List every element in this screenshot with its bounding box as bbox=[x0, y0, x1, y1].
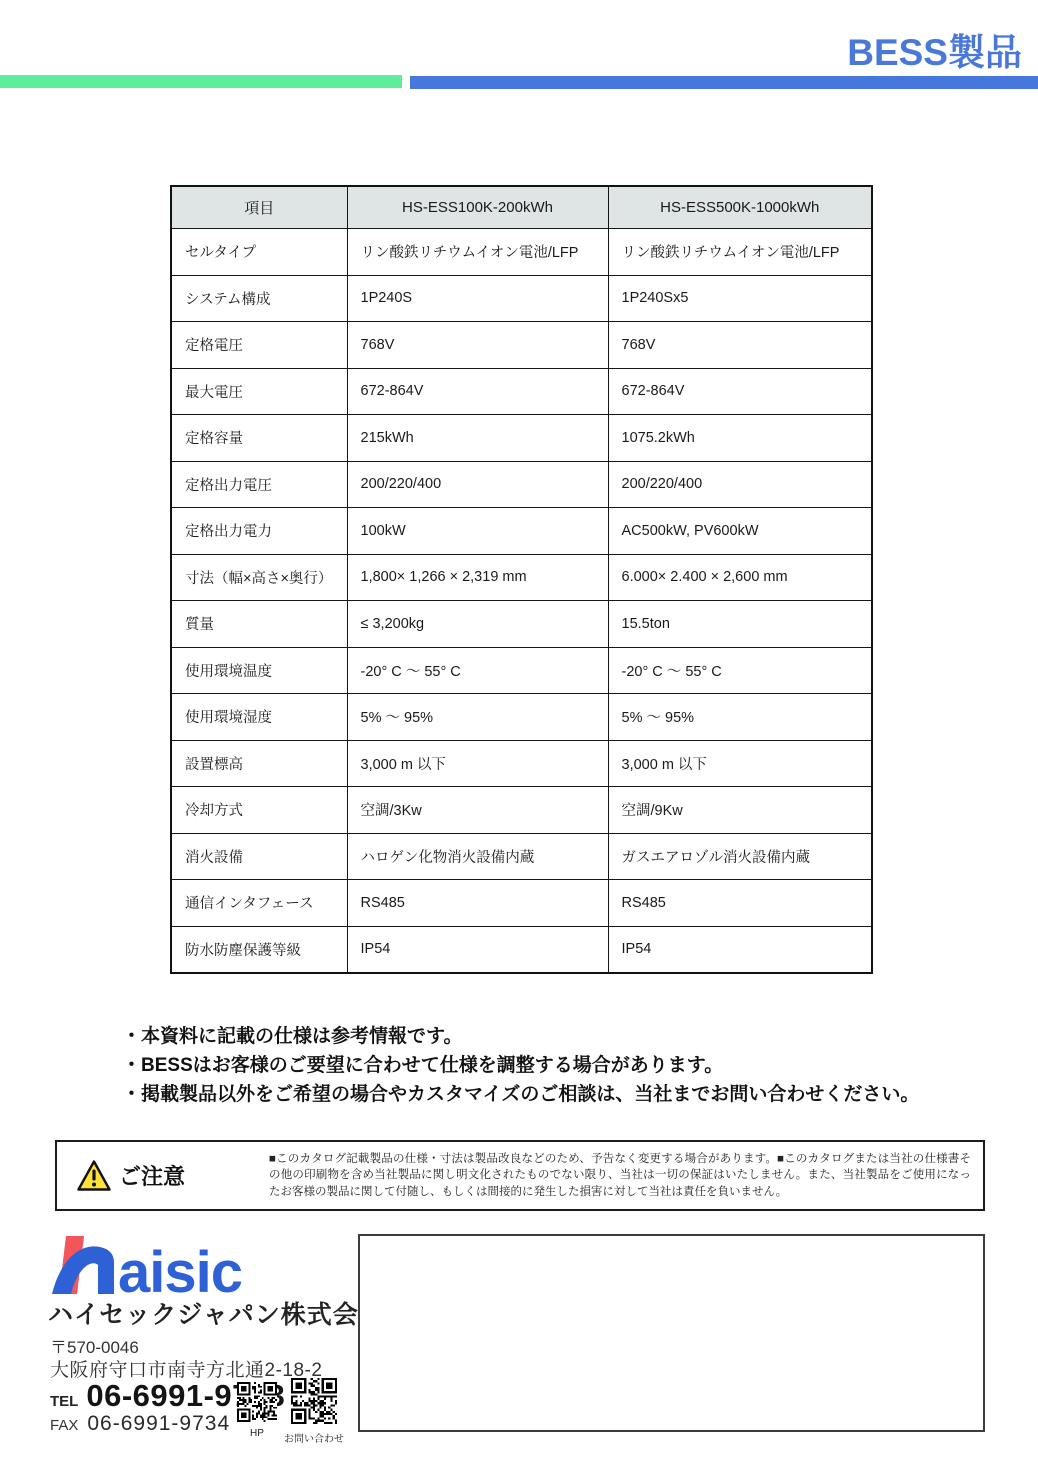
caution-text: ■このカタログ記載製品の仕様・寸法は製品改良などのため、予告なく変更する場合があ… bbox=[227, 1147, 983, 1205]
spec-item-cell: 消火設備 bbox=[171, 833, 347, 880]
spec-value-cell: 1P240Sx5 bbox=[608, 275, 872, 322]
spec-value-cell: 672-864V bbox=[608, 368, 872, 415]
fax-label: FAX bbox=[50, 1417, 78, 1434]
spec-value-cell: AC500kW, PV600kW bbox=[608, 508, 872, 555]
spec-value-cell: 空調/9Kw bbox=[608, 787, 872, 834]
spec-item-cell: 定格出力電圧 bbox=[171, 461, 347, 508]
spec-value-cell: 15.5ton bbox=[608, 601, 872, 648]
haisic-logo: aisic bbox=[50, 1236, 282, 1294]
spec-item-cell: 防水防塵保護等級 bbox=[171, 926, 347, 973]
spec-row: 質量≤ 3,200kg15.5ton bbox=[171, 601, 872, 648]
spec-item-cell: 使用環境湿度 bbox=[171, 694, 347, 741]
caution-header: ご注意 bbox=[57, 1160, 227, 1191]
spec-value-cell: 5% ～ 95% bbox=[608, 694, 872, 741]
spec-row: セルタイプリン酸鉄リチウムイオン電池/LFPリン酸鉄リチウムイオン電池/LFP bbox=[171, 229, 872, 276]
spec-value-cell: 200/220/400 bbox=[347, 461, 608, 508]
spec-item-cell: セルタイプ bbox=[171, 229, 347, 276]
spec-value-cell: -20° C ～ 55° C bbox=[347, 647, 608, 694]
qr-hp-label: HP bbox=[237, 1428, 277, 1439]
spec-value-cell: ハロゲン化物消火設備内蔵 bbox=[347, 833, 608, 880]
spec-value-cell: -20° C ～ 55° C bbox=[608, 647, 872, 694]
spec-value-cell: 768V bbox=[608, 322, 872, 369]
fax-number: 06-6991-9734 bbox=[87, 1412, 230, 1436]
caution-label: ご注意 bbox=[119, 1160, 185, 1191]
spec-value-cell: 200/220/400 bbox=[608, 461, 872, 508]
spec-value-cell: ガスエアロゾル消火設備内蔵 bbox=[608, 833, 872, 880]
spec-value-cell: 1075.2kWh bbox=[608, 415, 872, 462]
spec-item-cell: 定格容量 bbox=[171, 415, 347, 462]
spec-value-cell: リン酸鉄リチウムイオン電池/LFP bbox=[347, 229, 608, 276]
blue-accent-bar bbox=[410, 76, 1038, 89]
column-header-model-2: HS-ESS500K-1000kWh bbox=[608, 186, 872, 229]
caution-box: ご注意 ■このカタログ記載製品の仕様・寸法は製品改良などのため、予告なく変更する… bbox=[55, 1140, 985, 1211]
spec-value-cell: RS485 bbox=[347, 880, 608, 927]
spec-item-cell: 設置標高 bbox=[171, 740, 347, 787]
spec-row: 防水防塵保護等級IP54IP54 bbox=[171, 926, 872, 973]
column-header-model-1: HS-ESS100K-200kWh bbox=[347, 186, 608, 229]
spec-table-header-row: 項目 HS-ESS100K-200kWh HS-ESS500K-1000kWh bbox=[171, 186, 872, 229]
spec-value-cell: RS485 bbox=[608, 880, 872, 927]
spec-item-cell: 冷却方式 bbox=[171, 787, 347, 834]
spec-row: 使用環境温度-20° C ～ 55° C-20° C ～ 55° C bbox=[171, 647, 872, 694]
spec-value-cell: 768V bbox=[347, 322, 608, 369]
spec-item-cell: 寸法（幅×高さ×奥行） bbox=[171, 554, 347, 601]
spec-row: システム構成1P240S1P240Sx5 bbox=[171, 275, 872, 322]
spec-row: 定格容量215kWh1075.2kWh bbox=[171, 415, 872, 462]
note-line: ・BESSはお客様のご要望に合わせて仕様を調整する場合があります。 bbox=[122, 1051, 982, 1080]
spec-row: 寸法（幅×高さ×奥行）1,800× 1,266 × 2,319 mm6.000×… bbox=[171, 554, 872, 601]
tel-label: TEL bbox=[50, 1393, 78, 1410]
spec-value-cell: 1P240S bbox=[347, 275, 608, 322]
spec-value-cell: 1,800× 1,266 × 2,319 mm bbox=[347, 554, 608, 601]
note-line: ・掲載製品以外をご希望の場合やカスタマイズのご相談は、当社までお問い合わせくださ… bbox=[122, 1080, 982, 1109]
spec-table: 項目 HS-ESS100K-200kWh HS-ESS500K-1000kWh … bbox=[170, 185, 873, 974]
spec-value-cell: 3,000 m 以下 bbox=[608, 740, 872, 787]
company-name: ハイセックジャパン株式会社 bbox=[48, 1295, 385, 1331]
spec-row: 消火設備ハロゲン化物消火設備内蔵ガスエアロゾル消火設備内蔵 bbox=[171, 833, 872, 880]
spec-item-cell: システム構成 bbox=[171, 275, 347, 322]
column-header-item: 項目 bbox=[171, 186, 347, 229]
reference-notes: ・本資料に記載の仕様は参考情報です。・BESSはお客様のご要望に合わせて仕様を調… bbox=[122, 1022, 982, 1109]
spec-row: 最大電圧672-864V672-864V bbox=[171, 368, 872, 415]
spec-row: 定格電圧768V768V bbox=[171, 322, 872, 369]
spec-value-cell: 100kW bbox=[347, 508, 608, 555]
note-line: ・本資料に記載の仕様は参考情報です。 bbox=[122, 1022, 982, 1051]
spec-value-cell: 215kWh bbox=[347, 415, 608, 462]
spec-value-cell: 3,000 m 以下 bbox=[347, 740, 608, 787]
spec-row: 定格出力電圧200/220/400200/220/400 bbox=[171, 461, 872, 508]
spec-row: 冷却方式空調/3Kw空調/9Kw bbox=[171, 787, 872, 834]
logo-text: aisic bbox=[118, 1240, 242, 1294]
spec-value-cell: 5% ～ 95% bbox=[347, 694, 608, 741]
warning-triangle-icon bbox=[77, 1160, 111, 1191]
green-accent-bar bbox=[0, 75, 402, 88]
spec-value-cell: IP54 bbox=[608, 926, 872, 973]
spec-value-cell: リン酸鉄リチウムイオン電池/LFP bbox=[608, 229, 872, 276]
qr-contact-label: お問い合わせ bbox=[283, 1430, 345, 1445]
spec-item-cell: 使用環境温度 bbox=[171, 647, 347, 694]
qr-code-hp[interactable] bbox=[237, 1382, 277, 1422]
spec-row: 定格出力電力100kWAC500kW, PV600kW bbox=[171, 508, 872, 555]
page-title: BESS製品 bbox=[847, 22, 1022, 76]
spec-row: 通信インタフェースRS485RS485 bbox=[171, 880, 872, 927]
spec-item-cell: 定格出力電力 bbox=[171, 508, 347, 555]
spec-value-cell: 6.000× 2.400 × 2,600 mm bbox=[608, 554, 872, 601]
spec-value-cell: 672-864V bbox=[347, 368, 608, 415]
spec-value-cell: IP54 bbox=[347, 926, 608, 973]
qr-code-contact[interactable] bbox=[291, 1378, 337, 1424]
spec-row: 設置標高3,000 m 以下3,000 m 以下 bbox=[171, 740, 872, 787]
spec-item-cell: 質量 bbox=[171, 601, 347, 648]
spec-value-cell: ≤ 3,200kg bbox=[347, 601, 608, 648]
spec-row: 使用環境湿度5% ～ 95%5% ～ 95% bbox=[171, 694, 872, 741]
spec-item-cell: 最大電圧 bbox=[171, 368, 347, 415]
spec-value-cell: 空調/3Kw bbox=[347, 787, 608, 834]
spec-item-cell: 通信インタフェース bbox=[171, 880, 347, 927]
catalog-page: BESS製品 項目 HS-ESS100K-200kWh HS-ESS500K-1… bbox=[0, 0, 1038, 1467]
spec-item-cell: 定格電圧 bbox=[171, 322, 347, 369]
fax-row: FAX 06-6991-9734 bbox=[50, 1412, 230, 1436]
footer-empty-box bbox=[358, 1234, 985, 1432]
